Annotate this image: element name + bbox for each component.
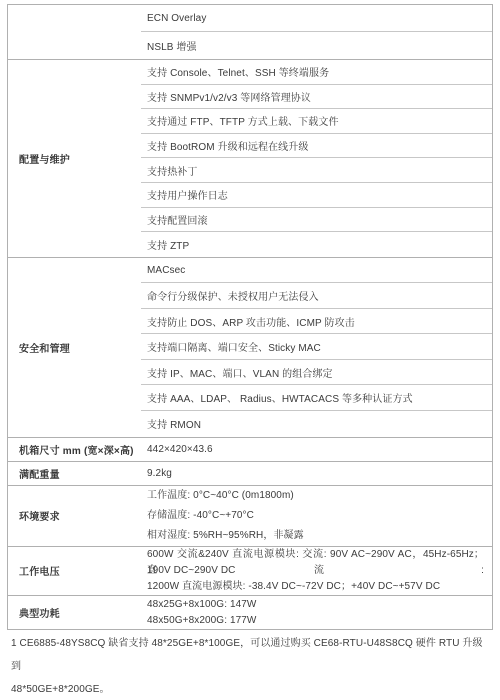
spec-category-label <box>8 5 141 59</box>
footnote-line: 1 CE6885-48YS8CQ 缺省支持 48*25GE+8*100GE，可以… <box>11 632 489 678</box>
spec-value-row: ECN Overlay <box>141 5 492 32</box>
spec-values: 48x25G+8x100G: 147W 48x50G+8x200G: 177W <box>141 596 492 629</box>
spec-values: ECN Overlay NSLB 增强 <box>141 5 492 59</box>
spec-value-row: 支持 SNMPv1/v2/v3 等网络管理协议 <box>141 85 492 110</box>
spec-value-row: 9.2kg <box>141 462 492 485</box>
spec-category-label: 安全和管理 <box>8 258 141 437</box>
spec-value-row: 支持用户操作日志 <box>141 183 492 208</box>
spec-value-row: 支持 ZTP <box>141 232 492 257</box>
spec-value-row: 支持 BootROM 升级和远程在线升级 <box>141 134 492 159</box>
spec-category-label: 环境要求 <box>8 486 141 546</box>
spec-category-label: 典型功耗 <box>8 596 141 629</box>
spec-page: ECN Overlay NSLB 增强 配置与维护 支持 Console、Tel… <box>0 0 500 700</box>
spec-value-row: 支持 IP、MAC、端口、VLAN 的组合绑定 <box>141 360 492 386</box>
spec-category-label: 配置与维护 <box>8 60 141 257</box>
spec-category-label: 工作电压 <box>8 547 141 595</box>
spec-category-label: 机箱尺寸 mm (宽×深×高) <box>8 438 141 461</box>
spec-section-weight: 满配重量 9.2kg <box>8 462 492 486</box>
spec-value-row: 支持配置回滚 <box>141 208 492 233</box>
spec-values: 9.2kg <box>141 462 492 485</box>
spec-table: ECN Overlay NSLB 增强 配置与维护 支持 Console、Tel… <box>7 4 493 630</box>
spec-value-row: 支持端口隔离、端口安全、Sticky MAC <box>141 334 492 360</box>
spec-value-row: 支持 AAA、LDAP、 Radius、HWTACACS 等多种认证方式 <box>141 385 492 411</box>
spec-value-row: 命令行分级保护、未授权用户无法侵入 <box>141 283 492 309</box>
spec-value-row: 442×420×43.6 <box>141 438 492 461</box>
spec-value-row: 600W 交流&240V 直流电源模块: 交流: 90V AC~290V AC，… <box>141 547 492 563</box>
spec-category-label: 满配重量 <box>8 462 141 485</box>
spec-value-row: 48x50G+8x200G: 177W <box>141 613 492 629</box>
spec-values: 600W 交流&240V 直流电源模块: 交流: 90V AC~290V AC，… <box>141 547 492 595</box>
spec-section-operating-voltage: 工作电压 600W 交流&240V 直流电源模块: 交流: 90V AC~290… <box>8 547 492 596</box>
spec-section-continued: ECN Overlay NSLB 增强 <box>8 5 492 60</box>
spec-section-chassis-dimensions: 机箱尺寸 mm (宽×深×高) 442×420×43.6 <box>8 438 492 462</box>
spec-section-security-management: 安全和管理 MACsec 命令行分级保护、未授权用户无法侵入 支持防止 DOS、… <box>8 258 492 438</box>
footnote-line: 48*50GE+8*200GE。 <box>11 678 489 700</box>
spec-value-row: 190V DC~290V DC <box>141 563 492 579</box>
spec-value-row: 48x25G+8x100G: 147W <box>141 597 492 613</box>
spec-value-row: 支持热补丁 <box>141 158 492 183</box>
spec-value-row: 支持 RMON <box>141 411 492 437</box>
spec-value-row: 支持防止 DOS、ARP 攻击功能、ICMP 防攻击 <box>141 309 492 335</box>
spec-value-row: MACsec <box>141 258 492 284</box>
spec-value-row: 工作温度: 0°C~40°C (0m1800m) <box>141 486 492 506</box>
spec-section-typical-power: 典型功耗 48x25G+8x100G: 147W 48x50G+8x200G: … <box>8 596 492 629</box>
footnote: 1 CE6885-48YS8CQ 缺省支持 48*25GE+8*100GE，可以… <box>11 632 489 700</box>
spec-values: 支持 Console、Telnet、SSH 等终端服务 支持 SNMPv1/v2… <box>141 60 492 257</box>
spec-section-environment: 环境要求 工作温度: 0°C~40°C (0m1800m) 存储温度: -40°… <box>8 486 492 547</box>
spec-value-row: 支持 Console、Telnet、SSH 等终端服务 <box>141 60 492 85</box>
spec-section-config-maintenance: 配置与维护 支持 Console、Telnet、SSH 等终端服务 支持 SNM… <box>8 60 492 258</box>
spec-values: MACsec 命令行分级保护、未授权用户无法侵入 支持防止 DOS、ARP 攻击… <box>141 258 492 437</box>
spec-value-row: 支持通过 FTP、TFTP 方式上载、下载文件 <box>141 109 492 134</box>
spec-value-row: NSLB 增强 <box>141 32 492 59</box>
spec-value-row: 相对湿度: 5%RH~95%RH，非凝露 <box>141 526 492 546</box>
spec-value-row: 1200W 直流电源模块: -38.4V DC~-72V DC；+40V DC~… <box>141 579 492 595</box>
spec-values: 工作温度: 0°C~40°C (0m1800m) 存储温度: -40°C~+70… <box>141 486 492 546</box>
spec-value-row: 存储温度: -40°C~+70°C <box>141 506 492 526</box>
spec-values: 442×420×43.6 <box>141 438 492 461</box>
